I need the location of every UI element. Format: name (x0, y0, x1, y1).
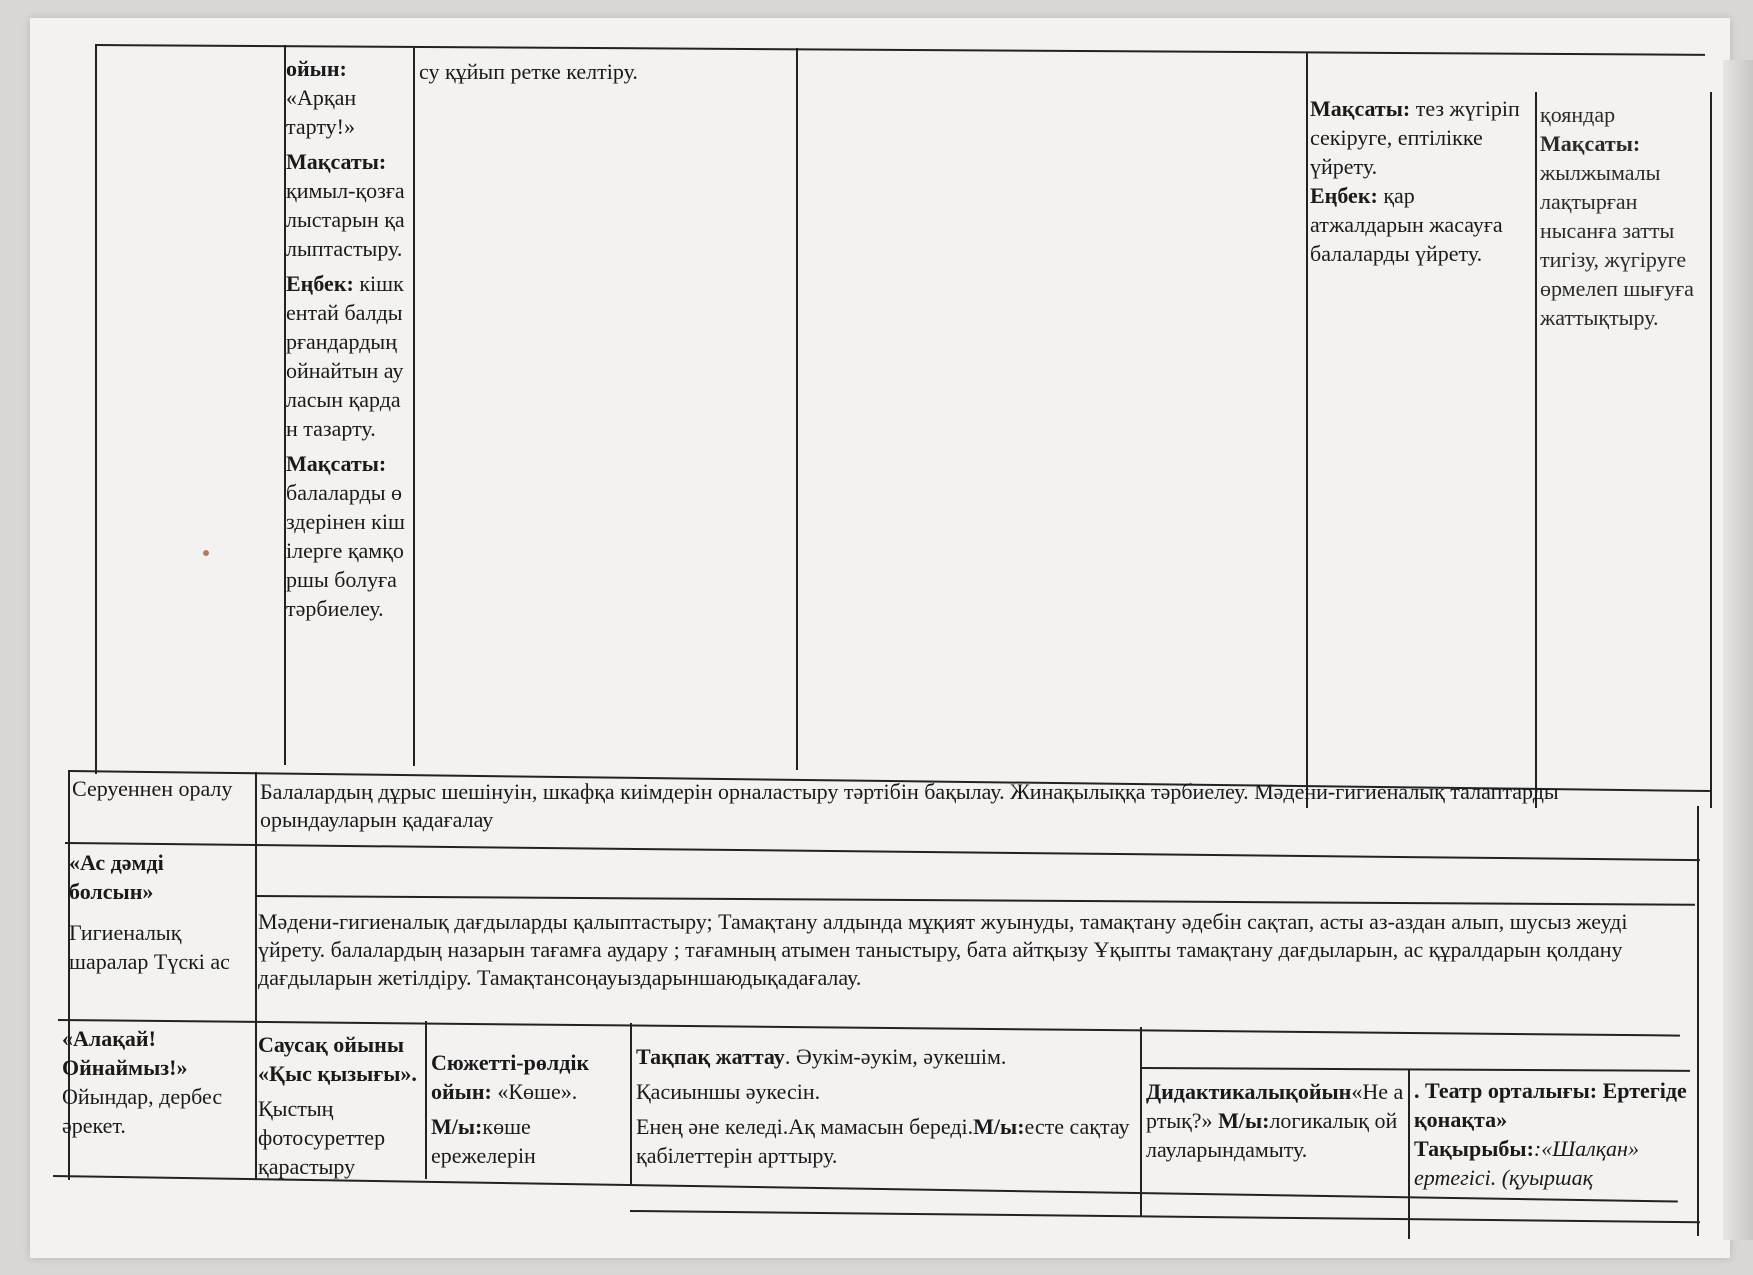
poem-line-1: . Әукім-әукім, әукешім. (785, 1044, 1007, 1069)
cell-finger-game: Саусақ ойыны «Қыс қызығы». Қыстың фотосу… (254, 1028, 426, 1183)
return-walk-content: Балалардың дұрыс шешінуін, шкафқа киімде… (256, 776, 1696, 836)
goal-label-run: Мақсаты: (1310, 96, 1410, 121)
water-task-text: су құйып ретке келтіру. (419, 59, 638, 84)
cell-rabbits-game: қояндар Мақсаты: жылжымалы лақтырған ныс… (1536, 98, 1712, 334)
table-left-border (95, 44, 97, 774)
goal-label-2: Мақсаты: (286, 451, 386, 476)
lunch-title: «Ас дәмді болсын» (69, 848, 249, 906)
didactic-goal-label: М/ы: (1218, 1108, 1269, 1133)
poem-line-3: Енең әне келеді.Ақ мамасын береді. (636, 1114, 973, 1139)
games-title: «Алақай! Ойнаймыз!» (62, 1024, 250, 1082)
cell-theatre: . Театр орталығы: Ертегіде қонақта» Тақы… (1410, 1074, 1696, 1194)
theatre-topic-label: Тақырыбы: (1414, 1136, 1534, 1161)
return-walk-text: Балалардың дұрыс шешінуін, шкафқа киімде… (260, 779, 1559, 832)
label-lunch: «Ас дәмді болсын» Гигиеналық шаралар Түс… (65, 846, 253, 978)
lunch-subtitle: Гигиеналық шаралар Түскі ас (69, 920, 230, 974)
poem-goal-label: М/ы: (973, 1114, 1024, 1139)
label-return-walk: Серуеннен оралу (68, 772, 254, 805)
goal-text-2: балаларды өздерінен кішілерге қамқоршы б… (286, 480, 405, 621)
games-subtitle: Ойындар, дербес әрекет. (62, 1082, 250, 1140)
finger-game-text: Қыстың фотосуреттер қарастыру (258, 1096, 385, 1179)
labor-label-snow: Еңбек: (1310, 183, 1378, 208)
goal-label-rabbits: Мақсаты: (1540, 131, 1640, 156)
return-walk-label: Серуеннен оралу (72, 776, 232, 801)
cell-outdoor-game: ойын: «Арқан тарту!» Мақсаты:қимыл-қозға… (282, 52, 414, 631)
game-title: «Арқан тарту!» (286, 85, 356, 139)
poem-title: Тақпақ жаттау (636, 1044, 785, 1069)
cell-goal-run: Мақсаты: тез жүгіріп секіруге, ептілікке… (1306, 92, 1536, 270)
theatre-title: . Театр орталығы: Ертегіде қонақта» (1414, 1076, 1692, 1134)
lunch-text: Мәдени-гигиеналық дағдыларды қалыптастыр… (258, 909, 1627, 990)
cell-role-game: Сюжетті-рөлдік ойын: «Көше». М/ы:көше ер… (427, 1046, 629, 1172)
ink-speck (203, 550, 209, 556)
role-game-goal-label: М/ы: (431, 1114, 482, 1139)
goal-label: Мақсаты: (286, 149, 386, 174)
labor-text: кішкентай балдырғандардың ойнайтын аулас… (286, 271, 404, 441)
poem-line-2: Қасиыншы әукесін. (636, 1077, 1133, 1106)
labor-label: Еңбек: (286, 271, 354, 296)
label-games: «Алақай! Ойнаймыз!» Ойындар, дербес әрек… (58, 1022, 254, 1142)
didactic-title: Дидактикалықойын (1146, 1079, 1351, 1104)
lunch-content: Мәдени-гигиеналық дағдыларды қалыптастыр… (254, 906, 1699, 994)
cell-didactic-game: Дидактикалықойын«Не артық?» М/ы:логикалы… (1142, 1075, 1408, 1166)
cell-poem: Тақпақ жаттау. Әукім-әукім, әукешім. Қас… (632, 1040, 1137, 1172)
table-right-border-lower (1697, 806, 1699, 1236)
goal-text: қимыл-қозғалыстарын қалыптастыру. (286, 178, 405, 261)
game-title-label: ойын: (286, 56, 347, 81)
role-game-name: «Көше». (497, 1079, 577, 1104)
col-divider-3 (796, 48, 798, 770)
cell-water-task: су құйып ретке келтіру. (415, 55, 795, 88)
finger-game-title: Саусақ ойыны «Қыс қызығы». (258, 1030, 422, 1088)
goal-text-rabbits: жылжымалы лақтырған нысанға затты тигізу… (1540, 160, 1694, 330)
rabbits-text: қояндар (1540, 100, 1708, 129)
page-curl-shadow (1723, 60, 1753, 1240)
